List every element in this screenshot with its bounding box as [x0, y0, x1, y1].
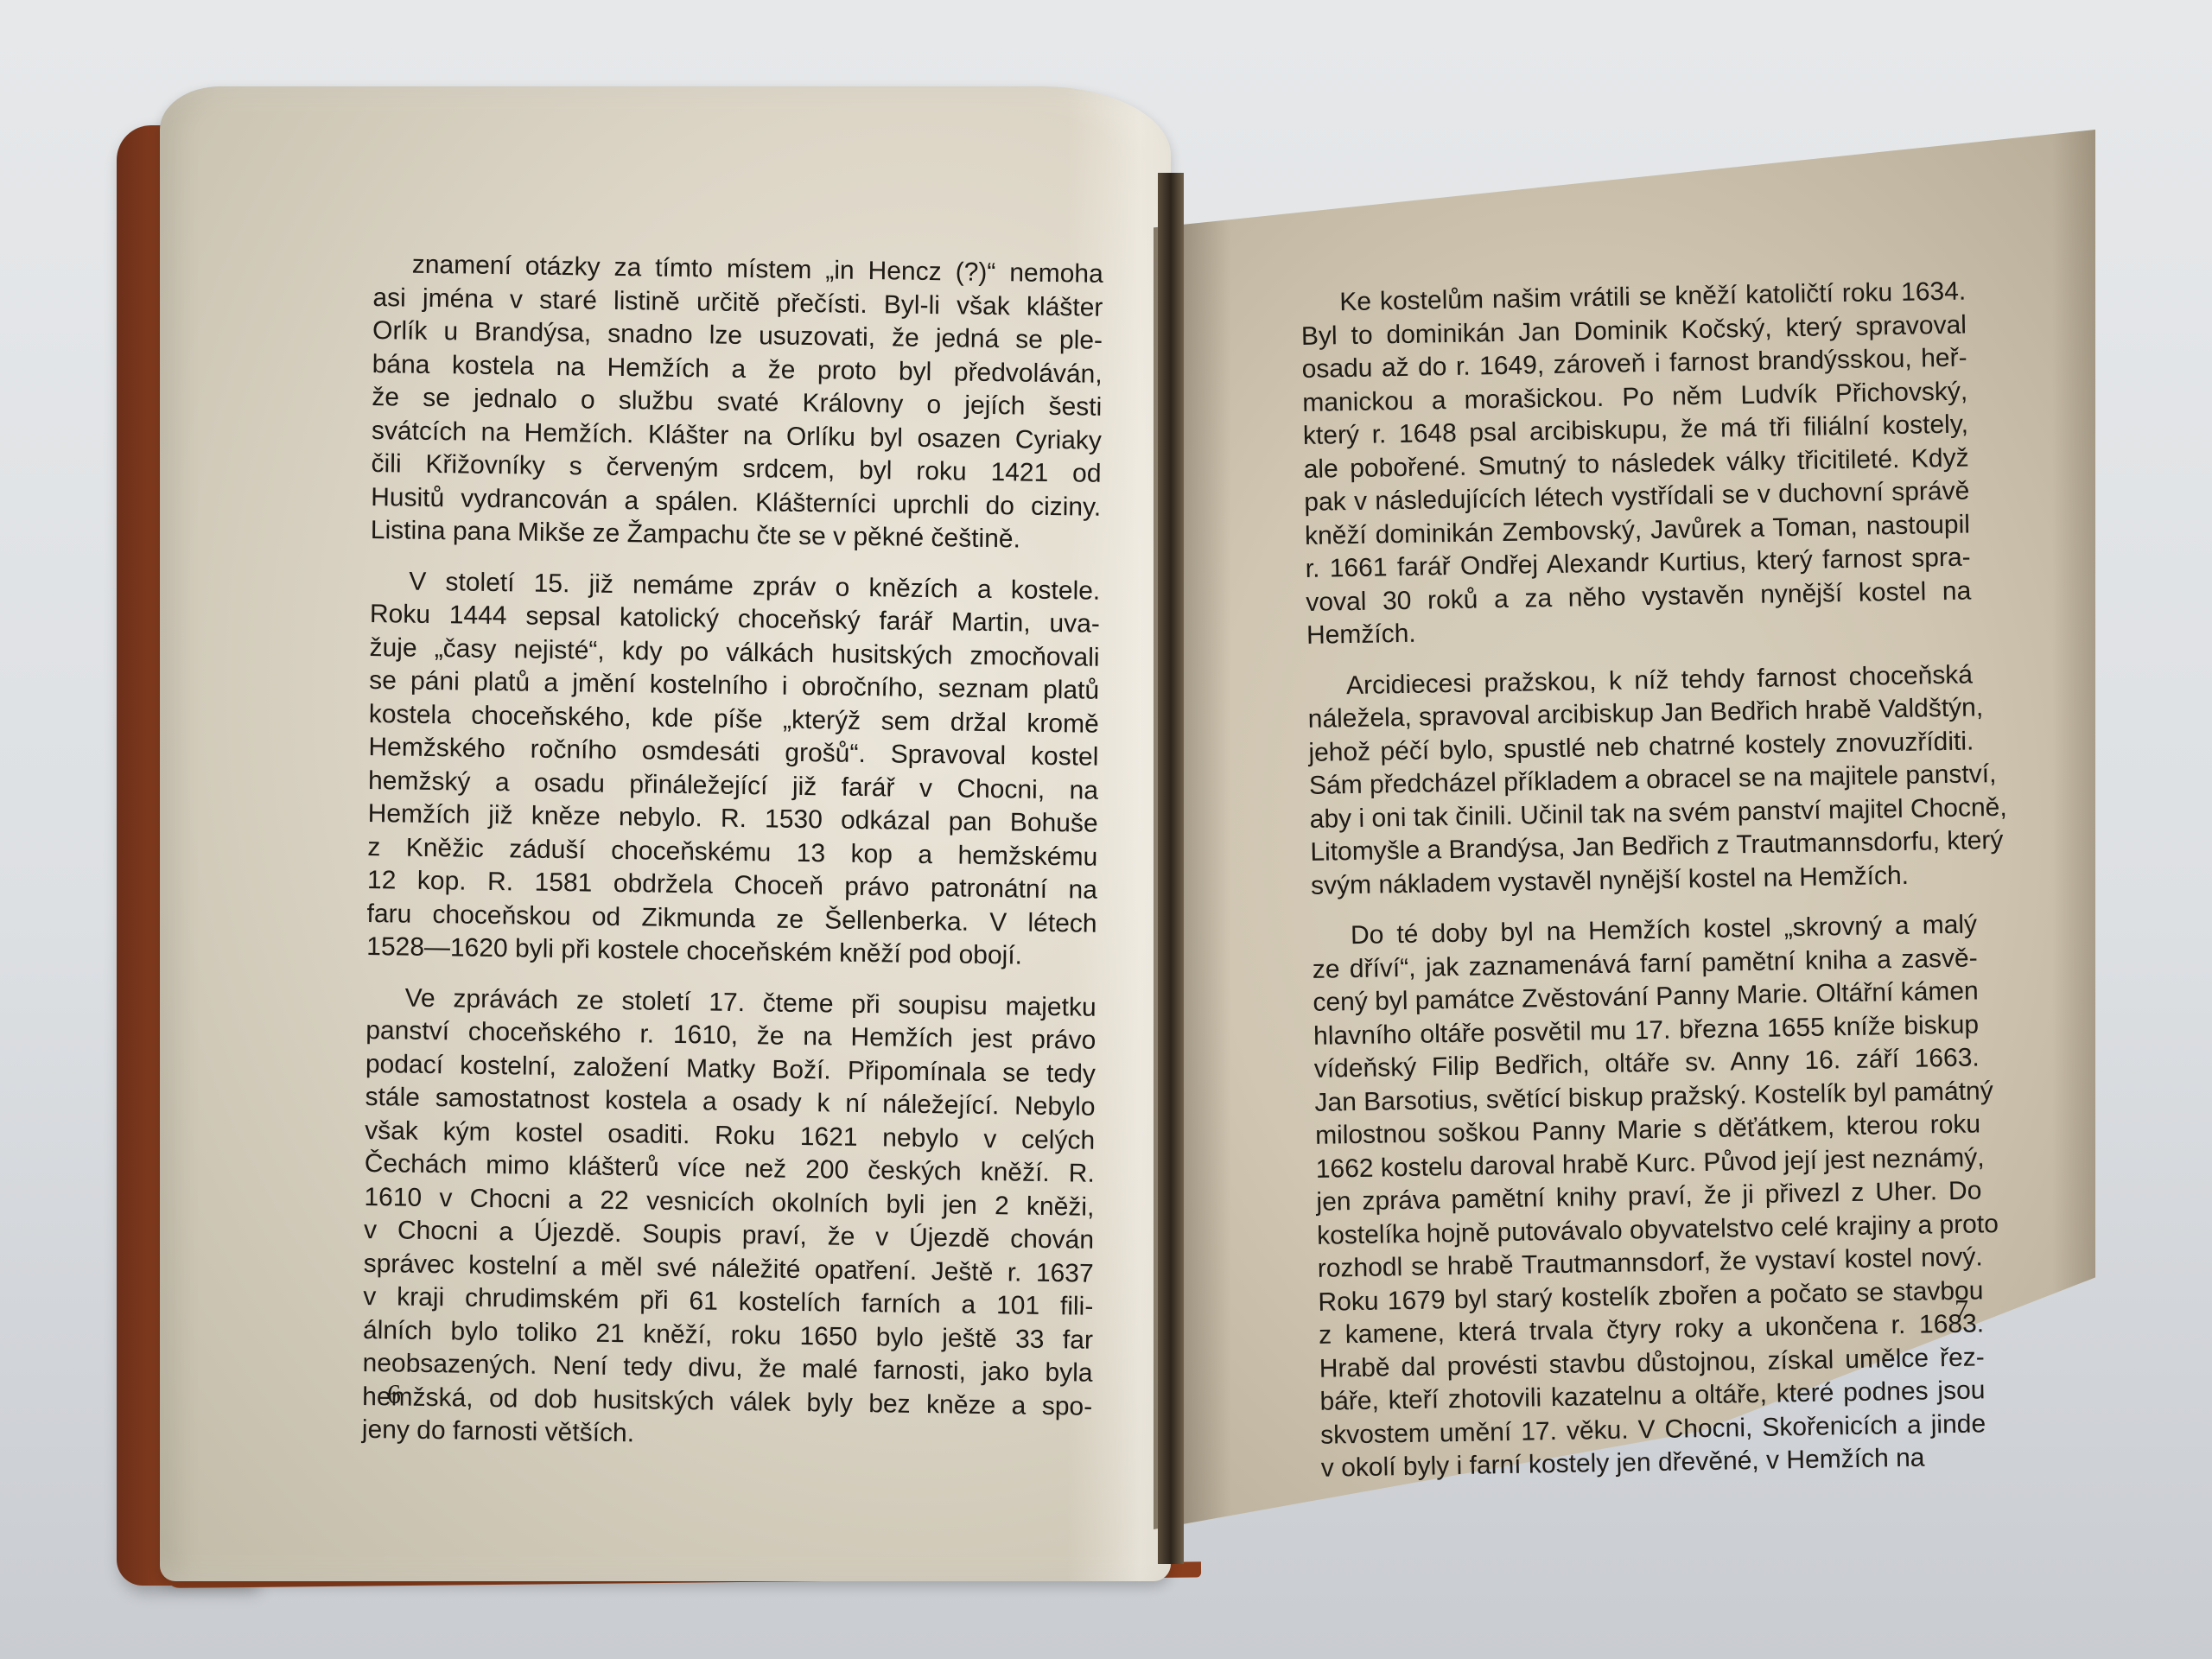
paragraph: Ve zprávách ze století 17. čteme při sou… [362, 981, 1096, 1457]
page-number-left: 6 [387, 1378, 401, 1410]
page-number-right: 7 [1955, 1294, 1968, 1325]
paragraph: Do té doby byl na Hemžích kostel „skrovn… [1312, 908, 1986, 1485]
paragraph: V století 15. již nemáme zpráv o knězích… [366, 564, 1100, 974]
paragraph: Ke kostelům našim vrátili se kněží katol… [1300, 276, 1972, 653]
paragraph: Arcidiecesi pražskou, k níž tehdy farnos… [1307, 658, 1977, 903]
paragraph: znamení otázky za tímto místem „in Hencz… [371, 248, 1103, 557]
photo-scene: znamení otázky za tímto místem „in Hencz… [0, 0, 2212, 1659]
book-gutter [1158, 173, 1184, 1564]
right-page-text: Ke kostelům našim vrátili se kněží katol… [1300, 276, 1986, 1503]
left-page-text: znamení otázky za tímto místem „in Hencz… [361, 248, 1103, 1474]
